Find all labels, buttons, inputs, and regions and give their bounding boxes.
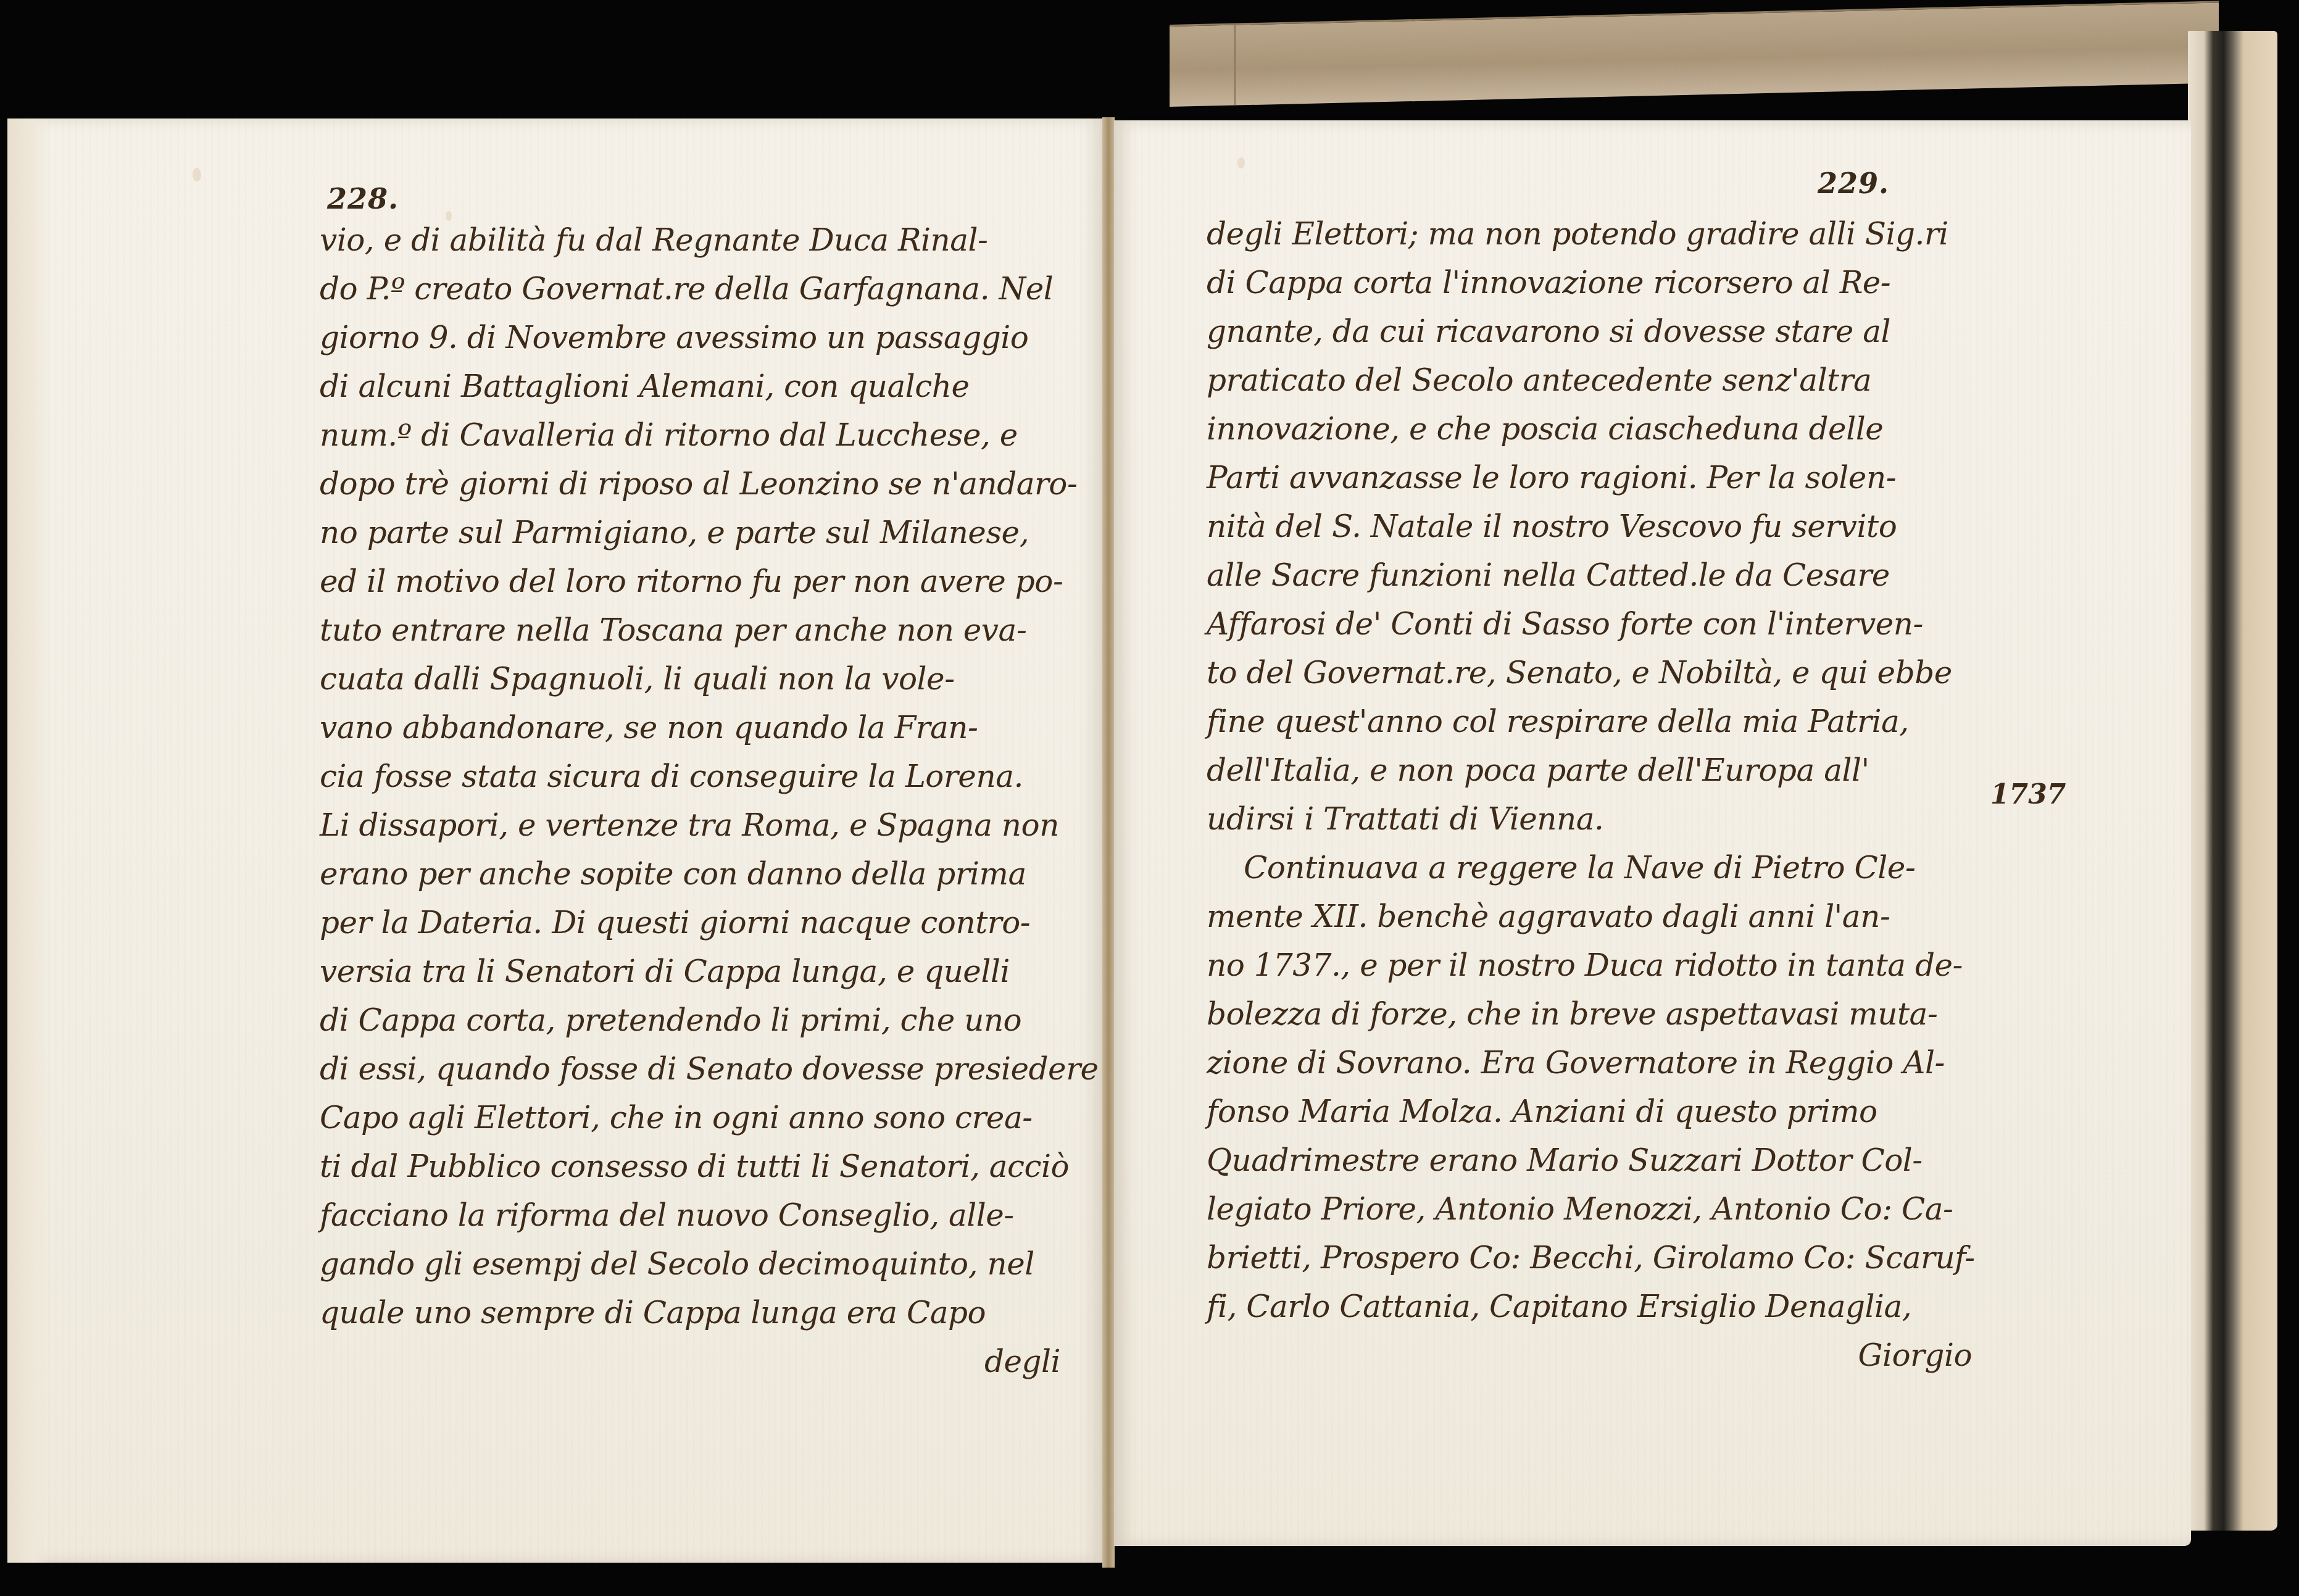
- text-line: zione di Sovrano. Era Governatore in Reg…: [1207, 1039, 1972, 1087]
- text-line: di Cappa corta l'innovazione ricorsero a…: [1207, 259, 1972, 307]
- text-line: praticato del Secolo antecedente senz'al…: [1207, 356, 1972, 405]
- book-gutter: [1102, 117, 1115, 1568]
- text-line: facciano la riforma del nuovo Conseglio,…: [320, 1191, 1060, 1240]
- text-line: fi, Carlo Cattania, Capitano Ersiglio De…: [1207, 1282, 1972, 1331]
- text-line: Li dissapori, e vertenze tra Roma, e Spa…: [320, 801, 1060, 850]
- text-line: Parti avvanzasse le loro ragioni. Per la…: [1207, 454, 1972, 502]
- text-line: di essi, quando fosse di Senato dovesse …: [320, 1045, 1060, 1094]
- text-line: tuto entrare nella Toscana per anche non…: [320, 606, 1060, 655]
- paragraph-start-line: Continuava a reggere la Nave di Pietro C…: [1207, 844, 1972, 892]
- catchword: Giorgio: [1207, 1331, 1972, 1380]
- text-line: to del Governat.re, Senato, e Nobiltà, e…: [1207, 649, 1972, 697]
- foxing-spot: [1237, 157, 1245, 168]
- back-cover-board: [1170, 1, 2219, 107]
- cover-seam: [1234, 25, 1236, 106]
- text-line: Capo agli Elettori, che in ogni anno son…: [320, 1094, 1060, 1142]
- text-line: fine quest'anno col respirare della mia …: [1207, 697, 1972, 746]
- catchword: degli: [320, 1337, 1060, 1386]
- text-line: ti dal Pubblico consesso di tutti li Sen…: [320, 1142, 1060, 1191]
- folio-number-left: 228.: [327, 182, 399, 215]
- text-line: ed il motivo del loro ritorno fu per non…: [320, 557, 1060, 606]
- text-line: degli Elettori; ma non potendo gradire a…: [1207, 210, 1972, 259]
- text-line: Affarosi de' Conti di Sasso forte con l'…: [1207, 600, 1972, 649]
- text-line: nità del S. Natale il nostro Vescovo fu …: [1207, 502, 1972, 551]
- text-line: vio, e di abilità fu dal Regnante Duca R…: [320, 216, 1060, 265]
- text-line: per la Dateria. Di questi giorni nacque …: [320, 899, 1060, 947]
- left-page-text: vio, e di abilità fu dal Regnante Duca R…: [320, 216, 1060, 1386]
- margin-year-note: 1737: [1990, 779, 2066, 810]
- text-line: alle Sacre funzioni nella Catted.le da C…: [1207, 551, 1972, 600]
- folio-number-right: 229.: [1818, 167, 1889, 200]
- text-line: dell'Italia, e non poca parte dell'Europ…: [1207, 746, 1972, 795]
- text-line: brietti, Prospero Co: Becchi, Girolamo C…: [1207, 1234, 1972, 1282]
- text-line: cuata dalli Spagnuoli, li quali non la v…: [320, 655, 1060, 704]
- left-page-edge: [7, 118, 51, 1563]
- text-line: no 1737., e per il nostro Duca ridotto i…: [1207, 941, 1972, 990]
- text-line: quale uno sempre di Cappa lunga era Capo: [320, 1289, 1060, 1337]
- text-line: versia tra li Senatori di Cappa lunga, e…: [320, 947, 1060, 996]
- text-line: udirsi i Trattati di Vienna.: [1207, 795, 1972, 844]
- text-line: dopo trè giorni di riposo al Leonzino se…: [320, 460, 1060, 509]
- text-line: di alcuni Battaglioni Alemani, con qualc…: [320, 362, 1060, 411]
- right-page-text: degli Elettori; ma non potendo gradire a…: [1207, 210, 1972, 1380]
- text-line: fonso Maria Molza. Anziani di questo pri…: [1207, 1087, 1972, 1136]
- text-line: legiato Priore, Antonio Menozzi, Antonio…: [1207, 1185, 1972, 1234]
- text-line: gnante, da cui ricavarono si dovesse sta…: [1207, 307, 1972, 356]
- text-line: giorno 9. di Novembre avessimo un passag…: [320, 314, 1060, 362]
- text-line: gando gli esempj del Secolo decimoquinto…: [320, 1240, 1060, 1289]
- text-line: do P.º creato Governat.re della Garfagna…: [320, 265, 1060, 314]
- text-line: erano per anche sopite con danno della p…: [320, 850, 1060, 899]
- text-line: vano abbandonare, se non quando la Fran-: [320, 704, 1060, 752]
- text-line: mente XII. benchè aggravato dagli anni l…: [1207, 892, 1972, 941]
- text-line: bolezza di forze, che in breve aspettava…: [1207, 990, 1972, 1039]
- text-line: innovazione, e che poscia ciascheduna de…: [1207, 405, 1972, 454]
- foxing-spot: [193, 168, 201, 181]
- text-line: di Cappa corta, pretendendo li primi, ch…: [320, 996, 1060, 1045]
- text-line: num.º di Cavalleria di ritorno dal Lucch…: [320, 411, 1060, 460]
- text-line: Quadrimestre erano Mario Suzzari Dottor …: [1207, 1136, 1972, 1185]
- text-line: cia fosse stata sicura di conseguire la …: [320, 752, 1060, 801]
- page-stack-edge: [2188, 31, 2277, 1531]
- text-line: no parte sul Parmigiano, e parte sul Mil…: [320, 509, 1060, 557]
